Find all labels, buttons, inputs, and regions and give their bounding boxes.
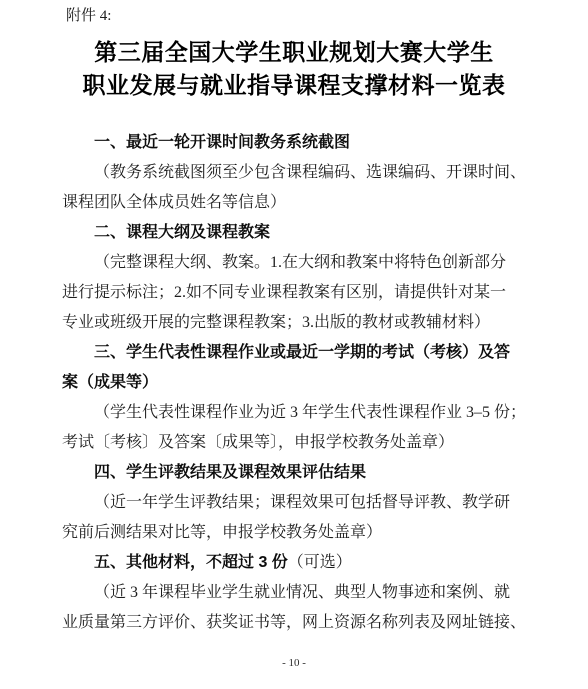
section-4-heading: 四、学生评教结果及课程效果评估结果 [62, 458, 528, 488]
page-number: - 10 - [0, 656, 588, 670]
document-title-line-2: 职业发展与就业指导课程支撑材料一览表 [0, 69, 588, 102]
section-3-heading-line-2: 案（成果等） [62, 368, 528, 398]
section-5-heading-optional-note: （可选） [288, 554, 352, 571]
section-2-heading: 二、课程大纲及课程教案 [62, 218, 528, 248]
document-page: 附件 4: 第三届全国大学生职业规划大赛大学生 职业发展与就业指导课程支撑材料一… [0, 0, 588, 689]
section-5-body-line: （近 3 年课程毕业学生就业情况、典型人物事迹和案例、就 [62, 578, 528, 608]
section-1-body-line: 课程团队全体成员姓名等信息） [62, 188, 528, 218]
section-2-body-line: 专业或班级开展的完整课程教案；3.出版的教材或教辅材料） [62, 308, 528, 338]
section-3-body-line: （学生代表性课程作业为近 3 年学生代表性课程作业 3–5 份； [62, 398, 528, 428]
section-5-heading: 五、其他材料，不超过 3 份（可选） [62, 548, 528, 578]
section-4-body-line: （近一年学生评教结果；课程效果可包括督导评教、教学研 [62, 488, 528, 518]
document-title-line-1: 第三届全国大学生职业规划大赛大学生 [0, 36, 588, 69]
section-3-heading-line-1: 三、学生代表性课程作业或最近一学期的考试（考核）及答 [62, 338, 528, 368]
document-title: 第三届全国大学生职业规划大赛大学生 职业发展与就业指导课程支撑材料一览表 [0, 36, 588, 102]
section-1-body-line: （教务系统截图须至少包含课程编码、选课编码、开课时间、 [62, 158, 528, 188]
attachment-label: 附件 4: [66, 6, 111, 26]
section-5-body-line: 业质量第三方评价、获奖证书等，网上资源名称列表及网址链接、 [62, 608, 528, 638]
section-2-body-line: 进行提示标注；2.如不同专业课程教案有区别，请提供针对某一 [62, 278, 528, 308]
section-3-body-line: 考试〔考核〕及答案〔成果等〕，申报学校教务处盖章） [62, 428, 528, 458]
section-2-body-line: （完整课程大纲、教案。1.在大纲和教案中将特色创新部分 [62, 248, 528, 278]
section-1-heading: 一、最近一轮开课时间教务系统截图 [62, 128, 528, 158]
document-body: 一、最近一轮开课时间教务系统截图 （教务系统截图须至少包含课程编码、选课编码、开… [62, 128, 528, 638]
section-4-body-line: 究前后测结果对比等，申报学校教务处盖章） [62, 518, 528, 548]
section-5-heading-bold-text: 五、其他材料，不超过 3 份 [94, 554, 288, 571]
